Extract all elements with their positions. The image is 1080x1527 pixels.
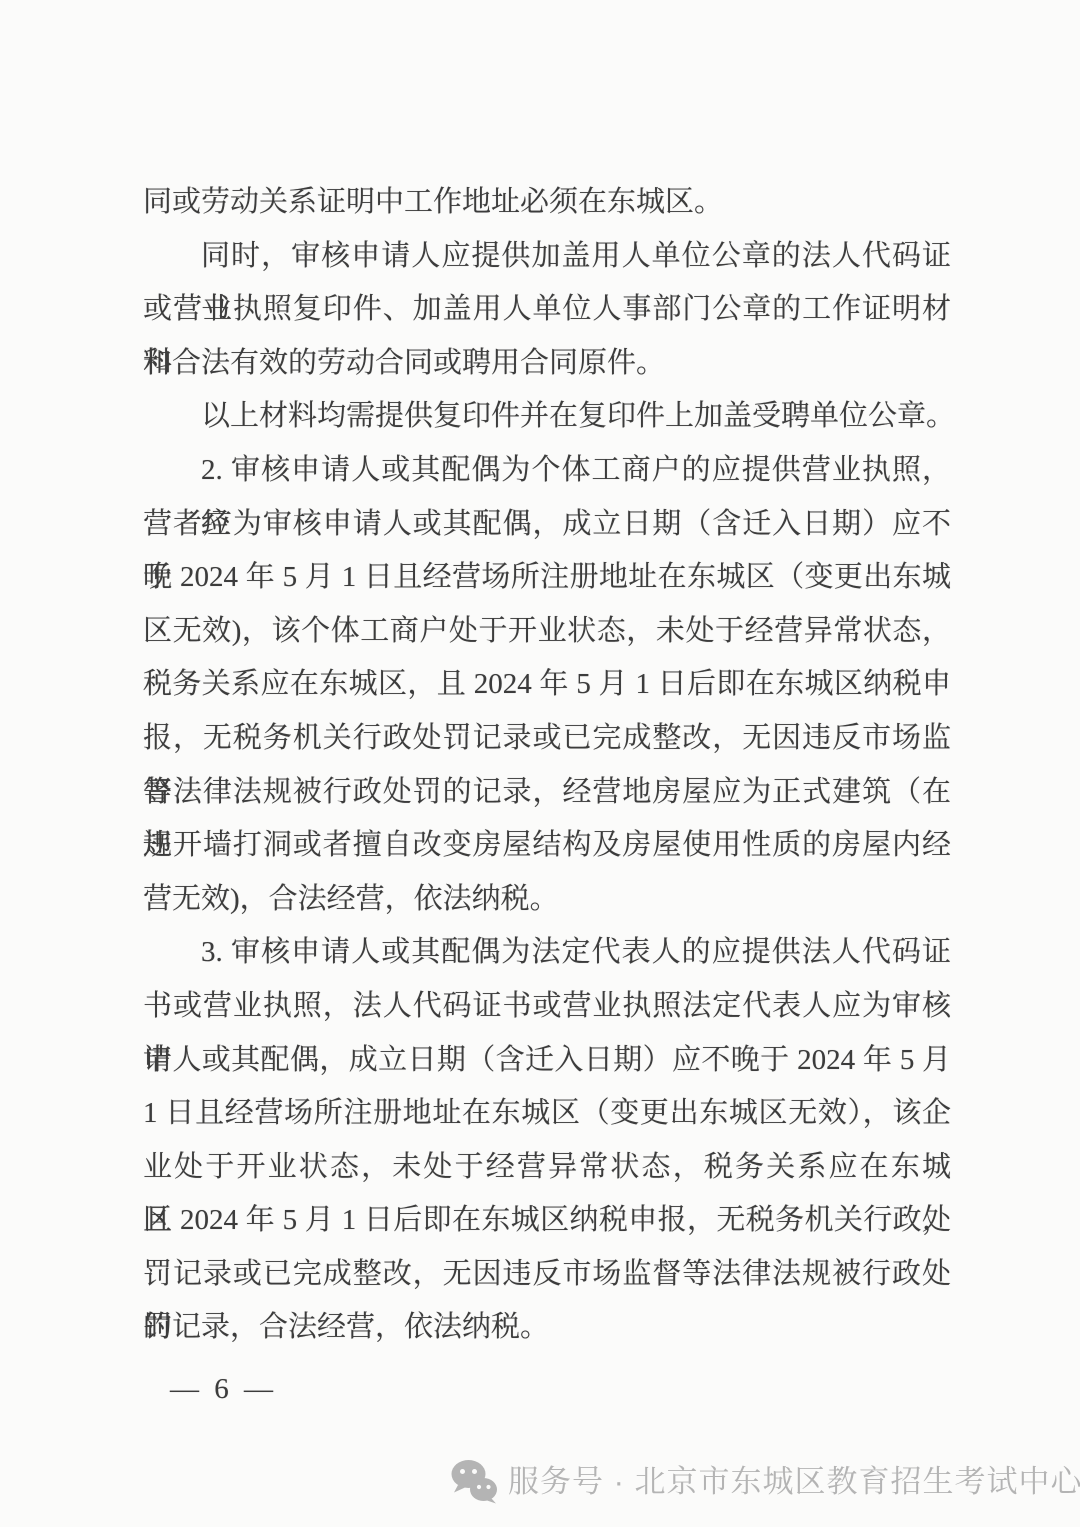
text-line: 3. 审核申请人或其配偶为法定代表人的应提供法人代码证 — [143, 926, 951, 980]
text-line: 罚记录或已完成整改，无因违反市场监督等法律法规被行政处罚 — [143, 1248, 951, 1302]
footer-service-label: 服务号 · 北京市东城区教育招生考试中心 — [508, 1460, 1080, 1504]
text-line: 营者应为审核申请人或其配偶，成立日期（含迁入日期）应不晚 — [143, 498, 951, 552]
document-page: 同或劳动关系证明中工作地址必须在东城区。同时，审核申请人应提供加盖用人单位公章的… — [0, 0, 1080, 1527]
text-line: 1 日且经营场所注册地址在东城区（变更出东城区无效），该企 — [143, 1087, 951, 1141]
wechat-icon — [451, 1460, 498, 1504]
text-line: 税务关系应在东城区，且 2024 年 5 月 1 日后即在东城区纳税申 — [143, 658, 951, 712]
text-line: 或营业执照复印件、加盖用人单位人事部门公章的工作证明材料 — [143, 283, 951, 337]
text-line: 规开墙打洞或者擅自改变房屋结构及房屋使用性质的房屋内经 — [143, 819, 951, 873]
text-line: 和合法有效的劳动合同或聘用合同原件。 — [143, 337, 951, 391]
text-line: 区无效)，该个体工商户处于开业状态，未处于经营异常状态， — [143, 605, 951, 659]
document-body: 同或劳动关系证明中工作地址必须在东城区。同时，审核申请人应提供加盖用人单位公章的… — [143, 176, 951, 1355]
text-line: 同或劳动关系证明中工作地址必须在东城区。 — [143, 176, 951, 230]
page-number: — 6 — — [170, 1369, 277, 1409]
text-line: 等法律法规被行政处罚的记录，经营地房屋应为正式建筑（在违 — [143, 766, 951, 820]
text-line: 报，无税务机关行政处罚记录或已完成整改，无因违反市场监督 — [143, 712, 951, 766]
text-line: 2. 审核申请人或其配偶为个体工商户的应提供营业执照，经 — [143, 444, 951, 498]
text-line: 书或营业执照，法人代码证书或营业执照法定代表人应为审核申 — [143, 980, 951, 1034]
text-line: 营无效)，合法经营，依法纳税。 — [143, 873, 951, 927]
text-line: 以上材料均需提供复印件并在复印件上加盖受聘单位公章。 — [143, 390, 951, 444]
footer: 服务号 · 北京市东城区教育招生考试中心 — [451, 1460, 1080, 1504]
text-line: 的记录，合法经营，依法纳税。 — [143, 1301, 951, 1355]
text-line: 于 2024 年 5 月 1 日且经营场所注册地址在东城区（变更出东城 — [143, 551, 951, 605]
text-line: 业处于开业状态，未处于经营异常状态，税务关系应在东城区， — [143, 1141, 951, 1195]
text-line: 请人或其配偶，成立日期（含迁入日期）应不晚于 2024 年 5 月 — [143, 1034, 951, 1088]
text-line: 且 2024 年 5 月 1 日后即在东城区纳税申报，无税务机关行政处 — [143, 1194, 951, 1248]
text-line: 同时，审核申请人应提供加盖用人单位公章的法人代码证书 — [143, 230, 951, 284]
